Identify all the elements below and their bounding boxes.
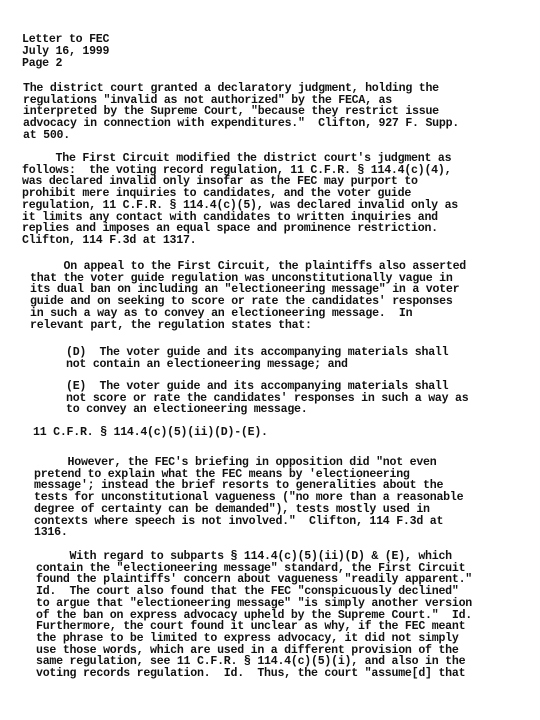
paragraph-8-line: voting records regulation. Id. Thus, the… <box>36 667 465 680</box>
document-page: Letter to FEC July 16, 1999 Page 2 The d… <box>0 0 540 720</box>
paragraph-4-line: not contain an electioneering message; a… <box>66 358 348 371</box>
paragraph-3-line: relevant part, the regulation states tha… <box>30 319 312 332</box>
paragraph-6-line: 11 C.F.R. § 114.4(c)(5)(ii)(D)-(E). <box>33 426 268 439</box>
paragraph-7-line: contexts where speech is not involved." … <box>34 515 443 528</box>
paragraph-1-line: at 500. <box>23 129 70 142</box>
paragraph-1-line: advocacy in connection with expenditures… <box>23 117 459 130</box>
paragraph-2-line: Clifton, 114 F.3d at 1317. <box>22 234 196 247</box>
paragraph-5-line: to convey an electioneering message. <box>66 403 307 416</box>
paragraph-7-line: 1316. <box>34 526 68 539</box>
header-page-number: Page 2 <box>22 57 62 70</box>
